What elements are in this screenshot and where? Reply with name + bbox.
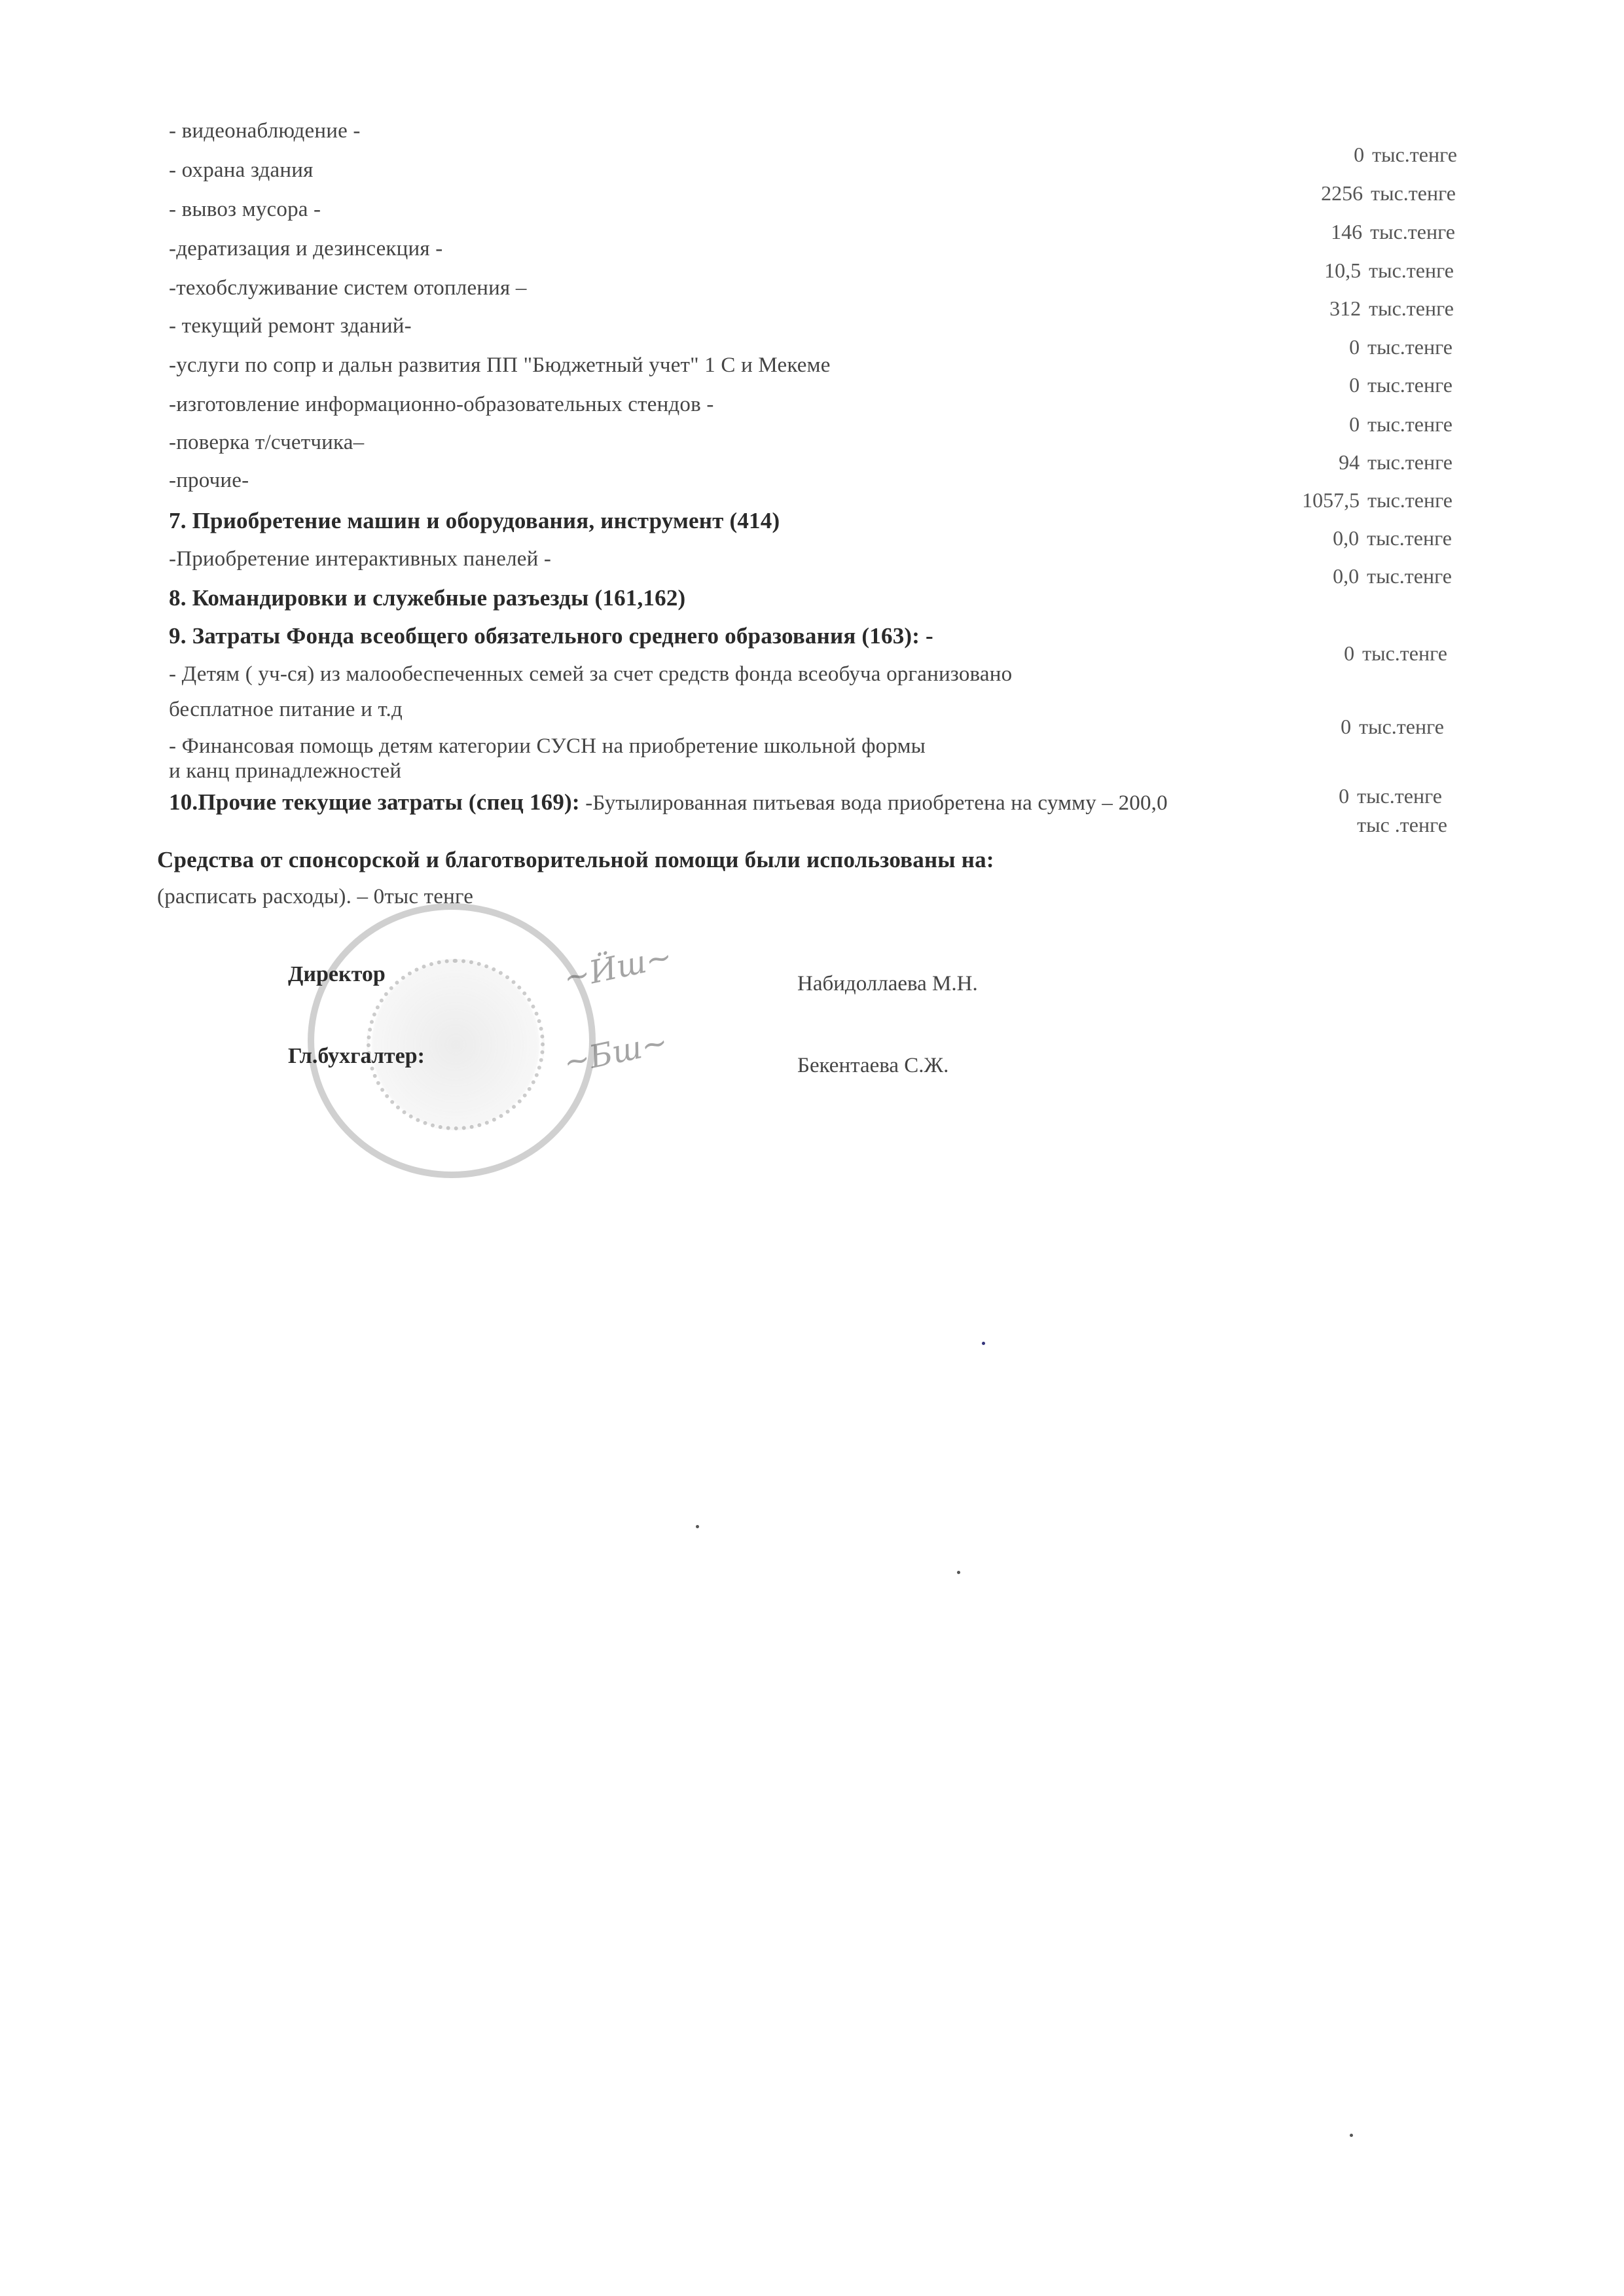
- section-8-title: 8. Командировки и служебные разъезды (16…: [169, 585, 685, 611]
- scan-speck: [696, 1525, 699, 1528]
- item-amount-1c-support: 0тыс.тенге: [1349, 373, 1453, 397]
- amount-unit: тыс.тенге: [1359, 715, 1444, 738]
- section-9-item-2-line-2: и канц принадлежностей: [169, 759, 401, 783]
- amount-unit: тыс.тенге: [1367, 412, 1453, 436]
- item-label-video: - видеонаблюдение -: [169, 119, 361, 143]
- director-signature-icon: ~Ӥш~: [560, 938, 676, 997]
- scan-speck: [1350, 2134, 1353, 2137]
- amount-value: 0: [1349, 335, 1360, 359]
- amount-unit: тыс.тенге: [1367, 564, 1452, 588]
- section-7-item-amount: 0,0тыс.тенге: [1333, 564, 1452, 588]
- section-9-item-1-line-2: бесплатное питание и т.д: [169, 698, 403, 722]
- amount-value: 0: [1354, 143, 1364, 166]
- section-10-title: 10.Прочие текущие затраты (спец 169):: [169, 789, 580, 815]
- section-10: 10.Прочие текущие затраты (спец 169): -Б…: [169, 789, 1168, 816]
- amount-unit: тыс.тенге: [1367, 373, 1453, 397]
- amount-value: 0: [1349, 373, 1360, 397]
- item-label-pest-control: -дератизация и дезинсекция -: [169, 237, 442, 261]
- scan-speck: [957, 1571, 960, 1574]
- document-page: - видеонаблюдение - 0тыс.тенге - охрана …: [0, 0, 1624, 2296]
- amount-unit: тыс.тенге: [1371, 181, 1456, 205]
- section-7-amount: 0,0тыс.тенге: [1333, 526, 1452, 550]
- item-label-other: -прочие-: [169, 469, 249, 493]
- section-9-title: 9. Затраты Фонда всеобщего обязательного…: [169, 623, 933, 649]
- amount-unit: тыс.тенге: [1369, 259, 1454, 282]
- scan-speck: [982, 1342, 985, 1345]
- amount-unit: тыс.тенге: [1372, 143, 1457, 166]
- item-amount-repair: 0тыс.тенге: [1349, 335, 1453, 359]
- item-label-repair: - текущий ремонт зданий-: [169, 314, 412, 338]
- amount-unit: тыс.тенге: [1367, 526, 1452, 550]
- amount-value: 146: [1331, 220, 1362, 243]
- item-amount-video: 0тыс.тенге: [1354, 143, 1457, 167]
- section-7-title: 7. Приобретение машин и оборудования, ин…: [169, 508, 780, 534]
- amount-unit: тыс.тенге: [1367, 488, 1453, 512]
- director-label: Директор: [288, 962, 386, 987]
- amount-value: 0: [1339, 784, 1349, 808]
- amount-value: 312: [1329, 296, 1361, 320]
- amount-unit: тыс.тенге: [1369, 296, 1454, 320]
- item-amount-stands: 0тыс.тенге: [1349, 412, 1453, 437]
- item-amount-meter-check: 94тыс.тенге: [1339, 450, 1453, 475]
- section-10-unit: тыс .тенге: [1357, 813, 1447, 837]
- amount-value: 2256: [1321, 181, 1363, 205]
- item-amount-security: 2256тыс.тенге: [1321, 181, 1456, 206]
- official-stamp: [308, 903, 596, 1178]
- director-name: Набидоллаева М.Н.: [797, 972, 978, 996]
- section-10-text: -Бутылированная питьевая вода приобретен…: [580, 791, 1168, 815]
- amount-unit: тыс.тенге: [1357, 784, 1442, 808]
- amount-value: 0: [1341, 715, 1351, 738]
- item-label-heating: -техобслуживание систем отопления –: [169, 276, 527, 300]
- amount-value: 0,0: [1333, 526, 1359, 550]
- amount-unit: тыс.тенге: [1362, 641, 1447, 665]
- item-label-meter-check: -поверка т/счетчика–: [169, 431, 364, 455]
- accountant-label: Гл.бухгалтер:: [288, 1044, 425, 1069]
- amount-unit: тыс.тенге: [1367, 450, 1453, 474]
- item-label-security: - охрана здания: [169, 158, 314, 183]
- amount-unit: тыс.тенге: [1367, 335, 1453, 359]
- item-amount-pest-control: 10,5тыс.тенге: [1324, 259, 1454, 283]
- amount-value: 1057,5: [1302, 488, 1360, 512]
- accountant-name: Бекентаева С.Ж.: [797, 1054, 948, 1078]
- item-label-stands: -изготовление информационно-образователь…: [169, 393, 714, 417]
- section-9-item-1-line-1: - Детям ( уч-ся) из малообеспеченных сем…: [169, 662, 1012, 687]
- amount-value: 0: [1344, 641, 1354, 665]
- item-label-garbage: - вывоз мусора -: [169, 198, 321, 222]
- item-label-1c-support: -услуги по сопр и дальн развития ПП "Бюд…: [169, 353, 831, 378]
- section-7-item-label: -Приобретение интерактивных панелей -: [169, 547, 551, 571]
- item-amount-garbage: 146тыс.тенге: [1331, 220, 1455, 244]
- section-9-amount: 0тыс.тенге: [1344, 641, 1447, 666]
- amount-value: 10,5: [1324, 259, 1361, 282]
- amount-value: 0: [1349, 412, 1360, 436]
- item-amount-other: 1057,5тыс.тенге: [1302, 488, 1453, 512]
- section-9-item-1-amount: 0тыс.тенге: [1341, 715, 1444, 739]
- amount-value: 0,0: [1333, 564, 1359, 588]
- section-9-item-2-line-1: - Финансовая помощь детям категории СУСН…: [169, 734, 926, 759]
- item-amount-heating: 312тыс.тенге: [1329, 296, 1454, 321]
- amount-value: 94: [1339, 450, 1360, 474]
- amount-unit: тыс.тенге: [1370, 220, 1455, 243]
- sponsor-title: Средства от спонсорской и благотворитель…: [157, 847, 994, 873]
- section-9-item-2-amount: 0тыс.тенге: [1339, 784, 1442, 808]
